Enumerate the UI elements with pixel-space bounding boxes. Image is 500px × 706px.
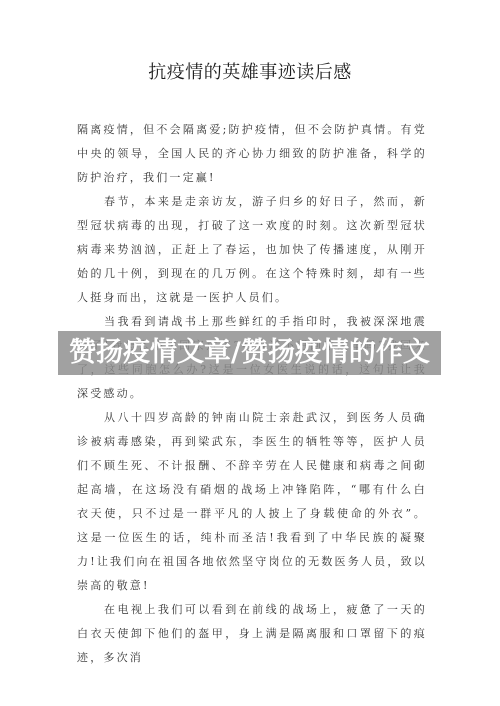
paragraph-1: 隔离疫情，但不会隔离爱;防护疫情，但不会防护真情。有党中央的领导，全国人民的齐心…	[77, 118, 427, 190]
overlay-title-text: 赞扬疫情文章/赞扬疫情的作文	[69, 331, 430, 375]
paragraph-4: 从八十四岁高龄的钟南山院士亲赴武汉，到医务人员确诊被病毒感染，再到梁武东，李医生…	[77, 406, 427, 598]
paragraph-2: 春节，本来是走亲访友，游子归乡的好日子，然而，新型冠状病毒的出现，打破了这一欢度…	[77, 190, 427, 310]
document-body: 隔离疫情，但不会隔离爱;防护疫情，但不会防护真情。有党中央的领导，全国人民的齐心…	[77, 118, 427, 670]
document-title: 抗疫情的英雄事迹读后感	[0, 62, 500, 84]
paragraph-5: 在电视上我们可以看到在前线的战场上，疲惫了一天的白衣天使卸下他们的盔甲，身上满是…	[77, 598, 427, 670]
document-page: 抗疫情的英雄事迹读后感 隔离疫情，但不会隔离爱;防护疫情，但不会防护真情。有党中…	[0, 0, 500, 706]
overlay-title-banner: 赞扬疫情文章/赞扬疫情的作文	[58, 331, 441, 375]
